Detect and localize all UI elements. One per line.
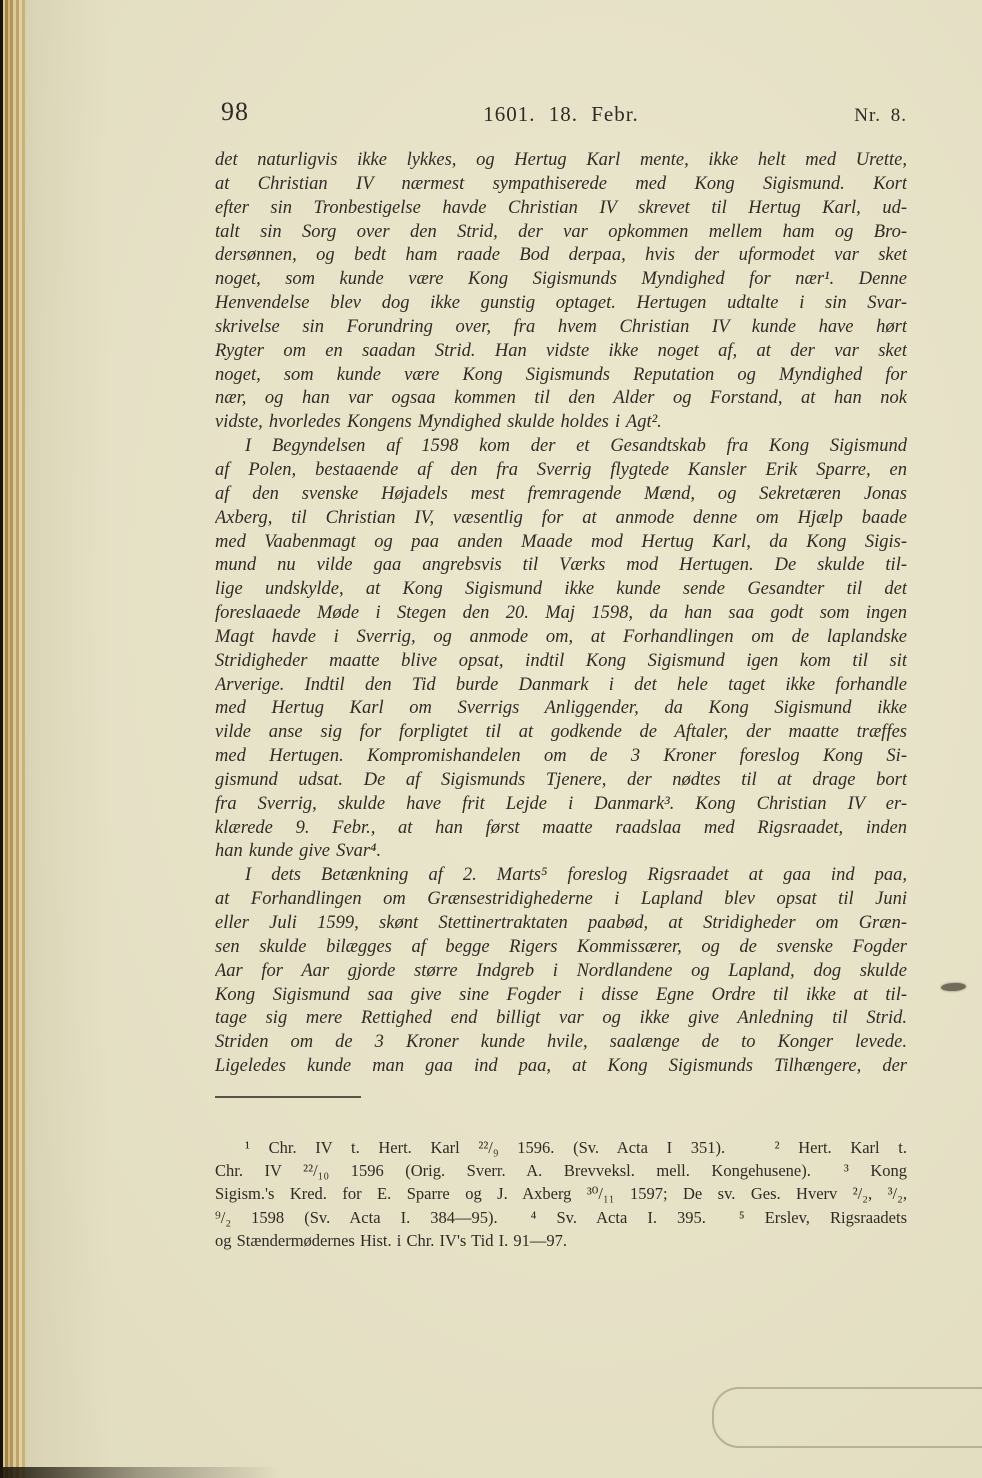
body-line: efter sin Tronbestigelse havde Christian… (215, 197, 907, 221)
footnote-line: Sigism.'s Kred. for E. Sparre og J. Axbe… (215, 1182, 907, 1205)
body-line: vidste, hvorledes Kongens Myndighed skul… (215, 411, 907, 435)
footnote-line: Chr. IV ²²/₁₀ 1596 (Orig. Sverr. A. Brev… (215, 1159, 907, 1182)
page-content: 98 1601. 18. Febr. Nr. 8. det naturligvi… (215, 0, 907, 1478)
body-line: Henvendelse blev dog ikke gunstig optage… (215, 292, 907, 316)
body-line: Aar for Aar gjorde større Indgreb i Nord… (215, 960, 907, 984)
body-line: I Begyndelsen af 1598 kom der et Gesandt… (215, 435, 907, 459)
footnote-line: ⁹/₂ 1598 (Sv. Acta I. 384—95). ⁴ Sv. Act… (215, 1206, 907, 1229)
body-line: gismund udsat. De af Sigismunds Tjenere,… (215, 769, 907, 793)
body-line: I dets Betænkning af 2. Marts⁵ foreslog … (215, 864, 907, 888)
date-heading: 1601. 18. Febr. (483, 102, 639, 127)
body-line: skrivelse sin Forundring over, fra hvem … (215, 316, 907, 340)
body-line: Magt havde i Sverrig, og anmode om, at F… (215, 626, 907, 650)
body-line: Striden om de 3 Kroner kunde hvile, saal… (215, 1031, 907, 1055)
body-line: Stridigheder maatte blive opsat, indtil … (215, 650, 907, 674)
body-line: Axberg, til Christian IV, væsentlig for … (215, 507, 907, 531)
document-number-heading: Nr. 8. (854, 105, 907, 127)
footnote-separator-rule (215, 1096, 361, 1098)
body-line: noget, som kunde være Kong Sigismunds My… (215, 268, 907, 292)
body-line: tage sig mere Rettighed end billigt var … (215, 1007, 907, 1031)
paragraph: I Begyndelsen af 1598 kom der et Gesandt… (215, 435, 907, 864)
body-line: lige undskylde, at Kong Sigismund ikke k… (215, 578, 907, 602)
body-line: det naturligvis ikke lykkes, og Hertug K… (215, 149, 907, 173)
body-line: med Vaabenmagt og paa anden Maade mod He… (215, 531, 907, 555)
body-line: at Forhandlingen om Grænsestridighederne… (215, 888, 907, 912)
body-line: Arverige. Indtil den Tid burde Danmark i… (215, 674, 907, 698)
body-line: mund nu vilde gaa angrebsvis til Værks m… (215, 554, 907, 578)
body-line: han kunde give Svar⁴. (215, 840, 907, 864)
ink-smudge (941, 982, 966, 991)
body-line: sen skulde bilægges af begge Rigers Komm… (215, 936, 907, 960)
body-line: foreslaaede Møde i Stegen den 20. Maj 15… (215, 602, 907, 626)
body-line: af den svenske Højadels mest fremragende… (215, 483, 907, 507)
body-line: nær, og han var ogsaa kommen til den Ald… (215, 387, 907, 411)
body-line: klærede 9. Febr., at han først maatte ra… (215, 817, 907, 841)
body-line: med Hertugen. Kompromishandelen om de 3 … (215, 745, 907, 769)
page-header: 98 1601. 18. Febr. Nr. 8. (215, 97, 907, 131)
body-line: at Christian IV nærmest sympathiserede m… (215, 173, 907, 197)
body-line: eller Juli 1599, skønt Stettinertraktate… (215, 912, 907, 936)
footnotes: ¹ Chr. IV t. Hert. Karl ²²/₉ 1596. (Sv. … (215, 1136, 907, 1252)
body-line: dersønnen, og bedt ham raade Bod derpaa,… (215, 244, 907, 268)
page-number: 98 (221, 97, 249, 127)
body-line: Ligeledes kunde man gaa ind paa, at Kong… (215, 1055, 907, 1079)
body-text: det naturligvis ikke lykkes, og Hertug K… (215, 149, 907, 1079)
body-line: vilde anse sig for forpligtet til at god… (215, 721, 907, 745)
body-line: Kong Sigismund saa give sine Fogder i di… (215, 984, 907, 1008)
body-line: noget, som kunde være Kong Sigismunds Re… (215, 364, 907, 388)
footnote-line: ¹ Chr. IV t. Hert. Karl ²²/₉ 1596. (Sv. … (215, 1136, 907, 1159)
body-line: af Polen, bestaaende af den fra Sverrig … (215, 459, 907, 483)
paragraph: I dets Betænkning af 2. Marts⁵ foreslog … (215, 864, 907, 1079)
body-line: Rygter om en saadan Strid. Han vidste ik… (215, 340, 907, 364)
body-line: med Hertug Karl om Sverrigs Anliggender,… (215, 697, 907, 721)
footnote-line: og Stændermødernes Hist. i Chr. IV's Tid… (215, 1229, 907, 1252)
book-binding-page-edges (0, 0, 25, 1478)
body-line: talt sin Sorg over den Strid, der var op… (215, 221, 907, 245)
body-line: fra Sverrig, skulde have frit Lejde i Da… (215, 793, 907, 817)
paragraph: det naturligvis ikke lykkes, og Hertug K… (215, 149, 907, 435)
